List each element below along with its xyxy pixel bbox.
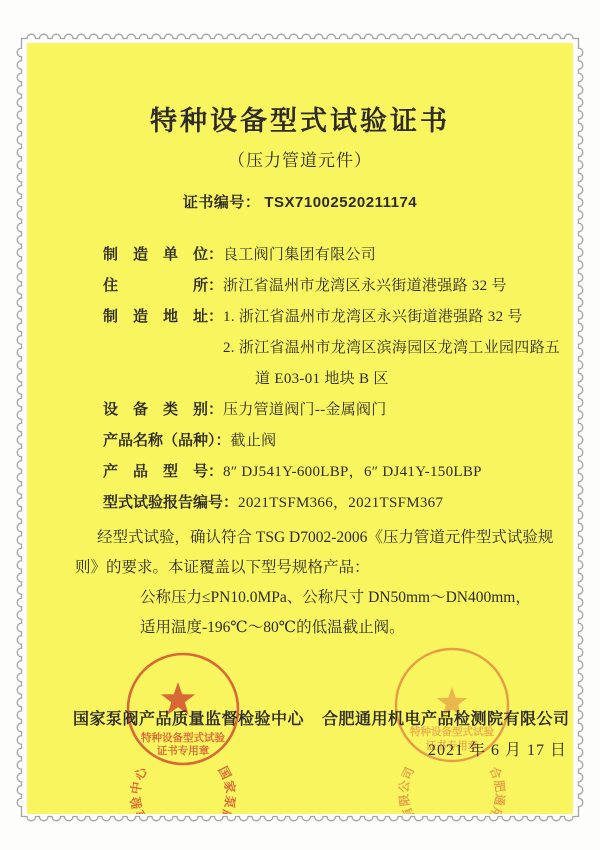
field-value: 2021TSFM366，2021TSFM367: [238, 495, 443, 511]
certificate-subtitle: （压力管道元件）: [27, 146, 573, 171]
field-row-product-name: 产品名称（品种）：截止阀: [103, 426, 565, 457]
seal-left-arc-text: 国家泵阀产品质量监督检验中心: [128, 764, 239, 814]
field-row-manufacture-site: 制 造 地 址：1. 浙江省温州市龙湾区永兴街道港强路 32 号: [103, 302, 565, 333]
field-row-equipment-category: 设 备 类 别：压力管道阀门--金属阀门: [103, 395, 565, 426]
seal-left-inner-line1: 特种设备型式试验: [141, 731, 225, 744]
seal-right: 合肥通用机电产品检测院有限公司 特种设备型式试验 证书专用章: [396, 649, 508, 814]
seal-left-inner-line2: 证书专用章: [157, 744, 210, 757]
field-value: 1. 浙江省温州市龙湾区永兴街道港强路 32 号: [223, 309, 523, 325]
certificate-number-value: TSX71002520211174: [264, 194, 417, 211]
field-row-test-report-no: 型式试验报告编号：2021TSFM366，2021TSFM367: [103, 488, 565, 519]
statement-line: 则》的要求。本证覆盖以下型号规格产品：: [75, 553, 547, 583]
statement-block: 经型式试验，确认符合 TSG D7002-2006《压力管道元件型式试验规 则》…: [75, 523, 547, 643]
field-row-manufacturer: 制 造 单 位：良工阀门集团有限公司: [103, 240, 565, 271]
field-label: 设 备 类 别：: [103, 395, 223, 426]
field-row-product-model: 产 品 型 号：8″ DJ541Y-600LBP，6″ DJ41Y-150LBP: [103, 457, 565, 488]
field-label: 住 所：: [103, 271, 223, 302]
field-value: 8″ DJ541Y-600LBP，6″ DJ41Y-150LBP: [223, 464, 482, 480]
issuer-left-name: 国家泵阀产品质量监督检验中心: [73, 706, 304, 729]
field-value: 浙江省温州市龙湾区永兴街道港强路 32 号: [223, 278, 507, 294]
statement-line: 经型式试验，确认符合 TSG D7002-2006《压力管道元件型式试验规: [75, 523, 547, 553]
field-label: 产品名称（品种）：: [103, 426, 231, 457]
certificate-number-line: 证书编号：TSX71002520211174: [27, 191, 573, 212]
fields-block: 制 造 单 位：良工阀门集团有限公司 住 所：浙江省温州市龙湾区永兴街道港强路 …: [103, 240, 565, 519]
field-label: 制 造 地 址：: [103, 302, 223, 333]
field-value: 压力管道阀门--金属阀门: [223, 402, 387, 418]
issuer-right-name: 合肥通用机电产品检测院有限公司: [322, 706, 570, 729]
seal-right-arc-text: 合肥通用机电产品检测院有限公司: [397, 764, 509, 814]
field-label: 型式试验报告编号：: [103, 488, 238, 519]
certificate-title: 特种设备型式试验证书: [27, 99, 573, 138]
statement-line: 适用温度-196℃～80℃的低温截止阀。: [75, 613, 547, 643]
field-value-continuation: 道 E03-01 地块 B 区: [255, 364, 565, 395]
certificate-number-label: 证书编号：: [183, 195, 261, 211]
svg-text:国家泵阀产品质量监督检验中心: 国家泵阀产品质量监督检验中心: [128, 764, 239, 814]
statement-line: 公称压力≤PN10.0MPa、公称尺寸 DN50mm～DN400mm，: [75, 583, 547, 613]
field-value: 良工阀门集团有限公司: [223, 247, 376, 263]
issue-date: 2021 年 6 月 17 日: [428, 737, 567, 760]
certificate-sheet: 国家泵阀产品质量监督检验中心 特种设备型式试验 证书专用章 合肥通用机电产品检测…: [27, 43, 573, 814]
field-value: 截止阀: [231, 433, 277, 449]
svg-text:合肥通用机电产品检测院有限公司: 合肥通用机电产品检测院有限公司: [397, 764, 509, 814]
field-label: 产 品 型 号：: [103, 457, 223, 488]
seal-left: 国家泵阀产品质量监督检验中心 特种设备型式试验 证书专用章: [128, 654, 239, 814]
field-value-continuation: 2. 浙江省温州市龙湾区滨海园区龙湾工业园四路五: [223, 333, 565, 364]
field-row-address: 住 所：浙江省温州市龙湾区永兴街道港强路 32 号: [103, 271, 565, 302]
certificate-page: 国家泵阀产品质量监督检验中心 特种设备型式试验 证书专用章 合肥通用机电产品检测…: [0, 0, 600, 850]
field-label: 制 造 单 位：: [103, 240, 223, 271]
